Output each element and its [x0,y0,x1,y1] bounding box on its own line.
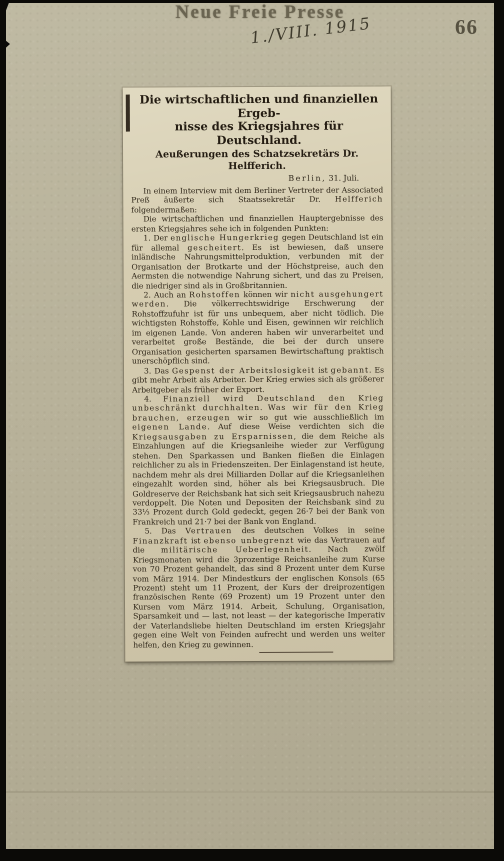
body-text: . [260,403,268,412]
emphasized-text: Gespenst der Arbeitslosigkeit [172,365,315,375]
body-text: 2. Auch an [144,290,190,299]
headline-line-2: nisse des Kriegsjahres für Deutschland. [175,119,343,147]
body-text: 5. Das [145,527,186,536]
paper-edge-notch [0,36,10,53]
emphasized-text: gescheitert [187,243,241,252]
article-paragraph: 1. Der englische Hungerkrieg gegen Deuts… [131,233,383,291]
body-text: können wir [240,290,290,299]
emphasized-text: Rohstoffen [189,290,240,299]
article-dateline: Berlin, 31. Juli. [131,173,383,183]
article-headline: Die wirtschaftlichen und finanziellen Er… [131,92,383,147]
body-text: 1. Der [143,234,170,243]
emphasized-text: gebannt [331,365,369,374]
body-text: . Die völkerrechtswidrige Erschwerung de… [132,299,384,366]
emphasized-text: Helfferich [335,195,383,204]
body-text: ist [188,536,204,545]
paper-corner-shadow [0,0,10,26]
body-text: 3. Das [144,366,172,375]
scanned-page: Neue Freie Presse 1./VIII. 1915 66 Die w… [0,0,504,861]
dateline-date: 31. Juli. [326,174,359,183]
article-subheadline: Aeußerungen des Schatzsekretärs Dr. Helf… [131,148,383,172]
body-text: , die dem Reiche als Einzahlungen auf di… [132,431,384,526]
newspaper-clipping: Die wirtschaftlichen und finanziellen Er… [123,86,394,661]
body-text: Die wirtschaftlichen und finanziellen Ha… [131,214,383,234]
paper-fold-line [6,791,494,793]
emphasized-text: ebenso unbegrenzt [204,536,295,545]
article-paragraph: Die wirtschaftlichen und finanziellen Ha… [131,214,383,234]
emphasized-text: eigenen Lande [132,423,207,432]
emphasized-text: Finanzkraft [133,536,188,545]
article-paragraph: In einem Interview mit dem Berliner Vert… [131,185,383,214]
body-text: ist [315,365,331,374]
article-paragraph: 2. Auch an Rohstoffen können wir nicht a… [132,289,384,366]
article-end-rule [259,652,333,653]
headline-line-1: Die wirtschaftlichen und finanziellen Er… [139,91,378,119]
body-text: des deutschen Volkes in seine [232,526,384,536]
article-paragraph: 4. Finanziell wird Deutschland den Krieg… [132,393,385,526]
dateline-place: Berlin, [288,174,326,183]
body-text: folgendermaßen: [131,205,197,214]
article-paragraph: 3. Das Gespenst der Arbeitslosigkeit ist… [132,365,384,394]
article-paragraph: 5. Das Vertrauen des deutschen Volkes in… [133,526,386,650]
emphasized-text: englische Hungerkrieg [170,233,279,242]
emphasized-text: Vertrauen [185,526,232,535]
headline-column-rule [126,95,130,132]
emphasized-text: Kriegsausgaben zu Ersparnissen [132,432,293,442]
body-text: so gut wie ausschließlich im [253,412,384,422]
body-text: . Nach zwölf Kriegsmonaten wird die 3pro… [133,545,385,650]
body-text: 4. [144,394,163,403]
article-body: In einem Interview mit dem Berliner Vert… [131,185,385,649]
body-text: . Auf diese Weise verdichten sich die [207,422,384,432]
emphasized-text: militärische Ueberlegenheit [161,545,309,555]
page-number: 66 [455,15,478,40]
